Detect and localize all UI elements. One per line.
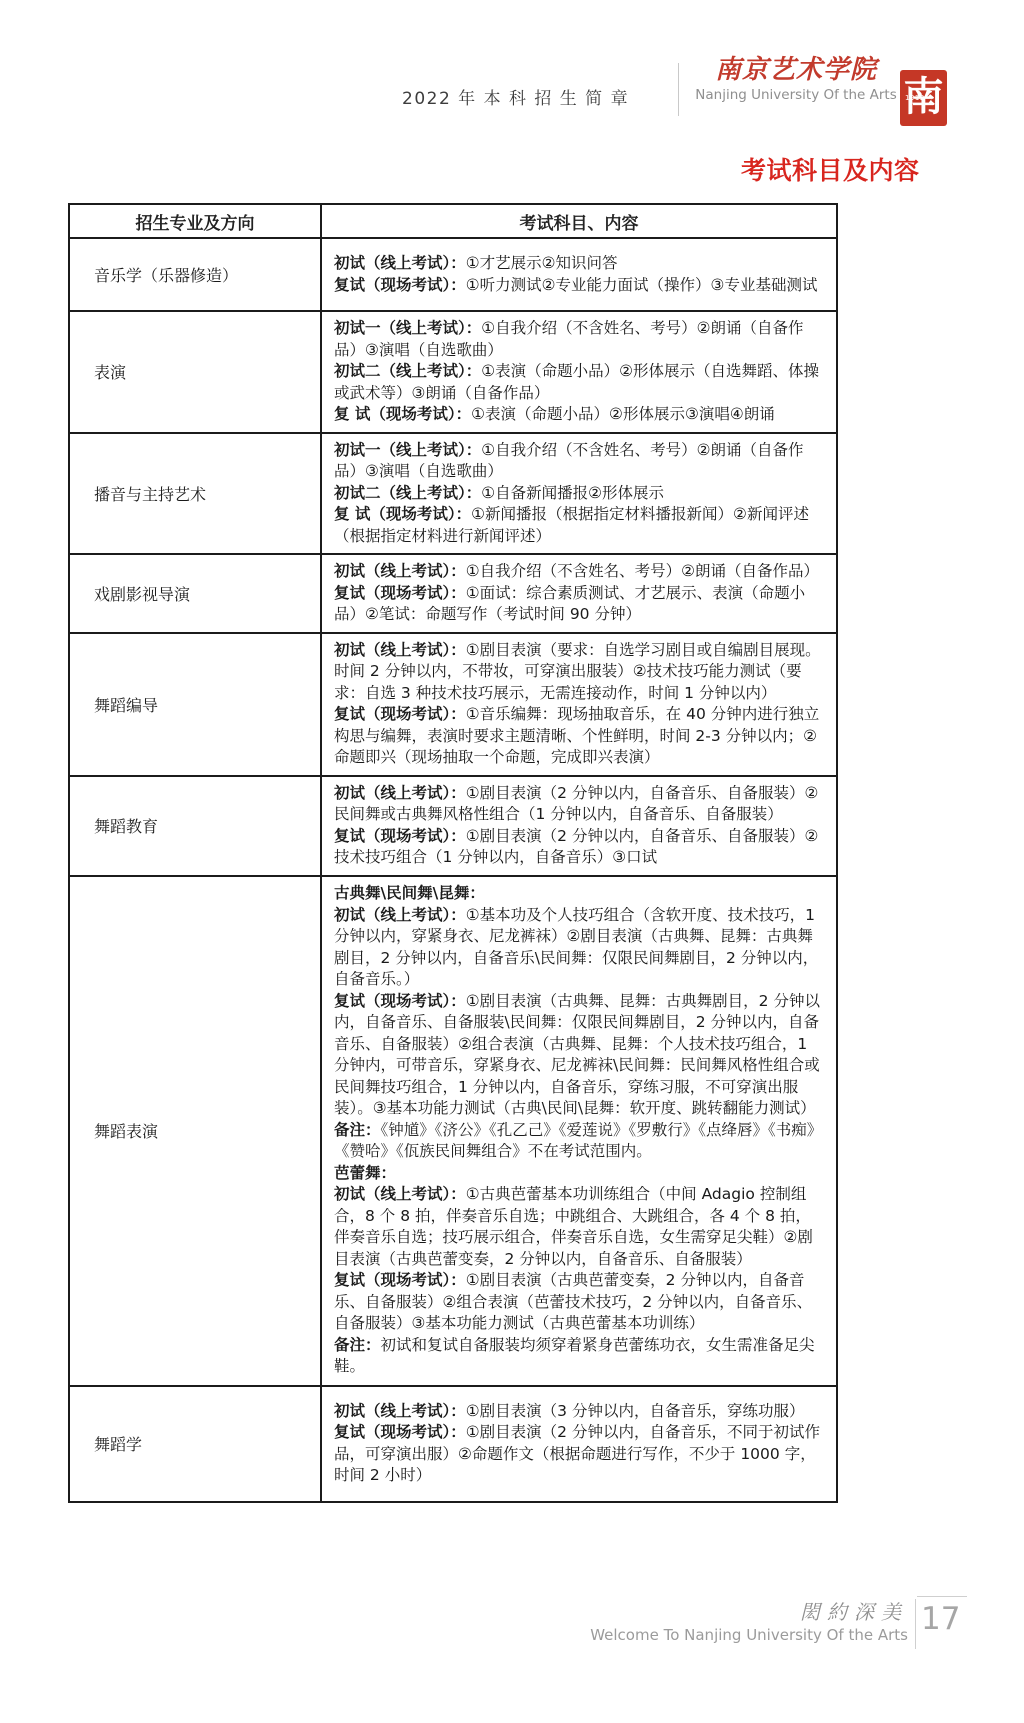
exam-stage-label: 初试（线上考试）： [334,784,466,802]
exam-line: 复试（现场考试）：①面试：综合素质测试、才艺展示、表演（命题小品）②笔试：命题写… [334,583,824,626]
section-title: 考试科目及内容 [741,151,920,187]
brochure-page: 2022 年 本 科 招 生 简 章 南京艺术学院 Nanjing Univer… [0,0,1024,1723]
table-row: 音乐学（乐器修造） 初试（线上考试）：①才艺展示②知识问答 复试（现场考试）：①… [69,238,837,311]
exam-line: 初试（线上考试）：①才艺展示②知识问答 [334,253,824,275]
exam-stage-label: 初试二（线上考试）： [334,484,481,502]
table-row: 戏剧影视导演 初试（线上考试）：①自我介绍（不含姓名、考号）②朗诵（自备作品） … [69,554,837,633]
header-divider-line [678,63,679,116]
exam-line: 复 试（现场考试）：①表演（命题小品）②形体展示③演唱④朗诵 [334,404,824,426]
exam-content-text: 初试和复试自备服装均须穿着紧身芭蕾练功衣，女生需准备足尖鞋。 [334,1336,815,1376]
exam-stage-label: 初试二（线上考试）： [334,362,481,380]
table-row: 舞蹈学 初试（线上考试）：①剧目表演（3 分钟以内，自备音乐，穿练功服） 复试（… [69,1386,837,1502]
exam-stage-label: 初试一（线上考试）： [334,441,481,459]
exam-stage-label: 初试（线上考试）： [334,562,466,580]
exam-line: 复试（现场考试）：①听力测试②专业能力面试（操作）③专业基础测试 [334,275,824,297]
content-cell: 初试（线上考试）：①自我介绍（不含姓名、考号）②朗诵（自备作品） 复试（现场考试… [321,554,837,633]
content-cell: 初试（线上考试）：①剧目表演（3 分钟以内，自备音乐，穿练功服） 复试（现场考试… [321,1386,837,1502]
exam-stage-label: 复 试（现场考试）： [334,505,471,523]
university-motto: 閎約深美 [590,1600,908,1624]
exam-content-text: ①表演（命题小品）②形体展示③演唱④朗诵 [471,405,775,423]
exam-line: 初试（线上考试）：①剧目表演（2 分钟以内，自备音乐、自备服装）②民间舞或古典舞… [334,783,824,826]
content-cell: 初试一（线上考试）：①自我介绍（不含姓名、考号）②朗诵（自备作品）③演唱（自选歌… [321,311,837,433]
exam-stage-label: 复试（现场考试）： [334,992,466,1010]
major-cell: 音乐学（乐器修造） [69,238,321,311]
exam-line: 复试（现场考试）：①剧目表演（古典芭蕾变奏，2 分钟以内，自备音乐、自备服装）②… [334,1270,824,1335]
exam-line: 复试（现场考试）：①剧目表演（2 分钟以内，自备音乐、自备服装）②技术技巧组合（… [334,826,824,869]
content-cell: 初试（线上考试）：①才艺展示②知识问答 复试（现场考试）：①听力测试②专业能力面… [321,238,837,311]
exam-stage-label: 初试（线上考试）： [334,641,466,659]
exam-line: 备注：《钟馗》《济公》《孔乙己》《爱莲说》《罗敷行》《点绛唇》《书痴》《赞哈》《… [334,1120,824,1163]
exam-content-text: ①剧目表演（3 分钟以内，自备音乐，穿练功服） [466,1402,805,1420]
exam-line: 初试一（线上考试）：①自我介绍（不含姓名、考号）②朗诵（自备作品）③演唱（自选歌… [334,440,824,483]
exam-line: 初试（线上考试）：①剧目表演（3 分钟以内，自备音乐，穿练功服） [334,1401,824,1423]
page-number: 17 [921,1601,960,1637]
major-cell: 表演 [69,311,321,433]
exam-content-text: 《钟馗》《济公》《孔乙己》《爱莲说》《罗敷行》《点绛唇》《书痴》《赞哈》《佤族民… [334,1121,822,1161]
exam-line: 初试二（线上考试）：①自备新闻播报②形体展示 [334,483,824,505]
exam-stage-label: 复试（现场考试）： [334,1423,466,1441]
exam-stage-label: 复试（现场考试）： [334,1271,466,1289]
column-header-major: 招生专业及方向 [69,204,321,238]
university-name-english: Nanjing University Of the Arts [694,87,898,103]
table-row: 舞蹈表演 古典舞\民间舞\昆舞： 初试（线上考试）：①基本功及个人技巧组合（含软… [69,876,837,1386]
table-row: 播音与主持艺术 初试一（线上考试）：①自我介绍（不含姓名、考号）②朗诵（自备作品… [69,433,837,555]
exam-stage-label: 复试（现场考试）： [334,827,466,845]
table-row: 表演 初试一（线上考试）：①自我介绍（不含姓名、考号）②朗诵（自备作品）③演唱（… [69,311,837,433]
exam-stage-label: 初试（线上考试）： [334,1402,466,1420]
exam-line: 初试（线上考试）：①自我介绍（不含姓名、考号）②朗诵（自备作品） [334,561,824,583]
content-cell: 初试一（线上考试）：①自我介绍（不含姓名、考号）②朗诵（自备作品）③演唱（自选歌… [321,433,837,555]
exam-stage-label: 初试（线上考试）： [334,1185,466,1203]
table-row: 舞蹈教育 初试（线上考试）：①剧目表演（2 分钟以内，自备音乐、自备服装）②民间… [69,776,837,876]
table-row: 舞蹈编导 初试（线上考试）：①剧目表演（要求：自选学习剧目或自编剧目展现。时间 … [69,633,837,776]
page-number-top-line [917,1596,967,1597]
exam-line: 初试（线上考试）：①基本功及个人技巧组合（含软开度、技术技巧，1 分钟以内，穿紧… [334,905,824,991]
university-logo: 南京艺术学院 Nanjing University Of the Arts [694,54,898,103]
major-cell: 舞蹈表演 [69,876,321,1386]
exam-line: 备注：初试和复试自备服装均须穿着紧身芭蕾练功衣，女生需准备足尖鞋。 [334,1335,824,1378]
table-header-row: 招生专业及方向 考试科目、内容 [69,204,837,238]
column-header-content: 考试科目、内容 [321,204,837,238]
seal-year: 1912 [905,94,925,102]
footer-welcome-text: Welcome To Nanjing University Of the Art… [590,1626,908,1644]
exam-line: 初试二（线上考试）：①表演（命题小品）②形体展示（自选舞蹈、体操或武术等）③朗诵… [334,361,824,404]
exam-line: 古典舞\民间舞\昆舞： [334,883,824,905]
exam-stage-label: 复试（现场考试）： [334,276,466,294]
exam-content-text: ①听力测试②专业能力面试（操作）③专业基础测试 [466,276,818,294]
major-cell: 舞蹈教育 [69,776,321,876]
exam-content-text: ①剧目表演（古典舞、昆舞：古典舞剧目，2 分钟以内，自备音乐、自备服装\民间舞：… [334,992,820,1118]
exam-line: 芭蕾舞： [334,1163,824,1185]
footer-divider-line [915,1599,916,1649]
exam-stage-label: 初试一（线上考试）： [334,319,481,337]
university-seal-icon: 南 1912 [900,70,947,126]
exam-content-text: ①才艺展示②知识问答 [466,254,618,272]
dance-category-label: 芭蕾舞： [334,1164,396,1182]
exam-line: 复试（现场考试）：①音乐编舞：现场抽取音乐，在 40 分钟内进行独立构思与编舞，… [334,704,824,769]
exam-line: 初试（线上考试）：①古典芭蕾基本功训练组合（中间 Adagio 控制组合，8 个… [334,1184,824,1270]
exam-line: 复 试（现场考试）：①新闻播报（根据指定材料播报新闻）②新闻评述（根据指定材料进… [334,504,824,547]
exam-line: 复试（现场考试）：①剧目表演（古典舞、昆舞：古典舞剧目，2 分钟以内，自备音乐、… [334,991,824,1120]
content-cell: 初试（线上考试）：①剧目表演（要求：自选学习剧目或自编剧目展现。时间 2 分钟以… [321,633,837,776]
major-cell: 戏剧影视导演 [69,554,321,633]
major-cell: 播音与主持艺术 [69,433,321,555]
content-cell: 初试（线上考试）：①剧目表演（2 分钟以内，自备音乐、自备服装）②民间舞或古典舞… [321,776,837,876]
footer-text-block: 閎約深美 Welcome To Nanjing University Of th… [590,1600,908,1644]
exam-stage-label: 初试（线上考试）： [334,906,466,924]
exam-line: 初试（线上考试）：①剧目表演（要求：自选学习剧目或自编剧目展现。时间 2 分钟以… [334,640,824,705]
note-label: 备注： [334,1336,381,1354]
exam-stage-label: 复 试（现场考试）： [334,405,471,423]
university-name-chinese: 南京艺术学院 [694,54,898,86]
exam-content-text: ①自备新闻播报②形体展示 [481,484,664,502]
exam-stage-label: 初试（线上考试）： [334,254,466,272]
major-cell: 舞蹈学 [69,1386,321,1502]
content-cell: 古典舞\民间舞\昆舞： 初试（线上考试）：①基本功及个人技巧组合（含软开度、技术… [321,876,837,1386]
dance-category-label: 古典舞\民间舞\昆舞： [334,884,485,902]
major-cell: 舞蹈编导 [69,633,321,776]
exam-subjects-table: 招生专业及方向 考试科目、内容 音乐学（乐器修造） 初试（线上考试）：①才艺展示… [68,203,838,1503]
exam-line: 初试一（线上考试）：①自我介绍（不含姓名、考号）②朗诵（自备作品）③演唱（自选歌… [334,318,824,361]
exam-line: 复试（现场考试）：①剧目表演（2 分钟以内，自备音乐，不同于初试作品，可穿演出服… [334,1422,824,1487]
document-title: 2022 年 本 科 招 生 简 章 [402,84,629,109]
exam-stage-label: 复试（现场考试）： [334,705,466,723]
note-label: 备注： [334,1121,381,1139]
exam-stage-label: 复试（现场考试）： [334,584,466,602]
exam-content-text: ①自我介绍（不含姓名、考号）②朗诵（自备作品） [466,562,819,580]
